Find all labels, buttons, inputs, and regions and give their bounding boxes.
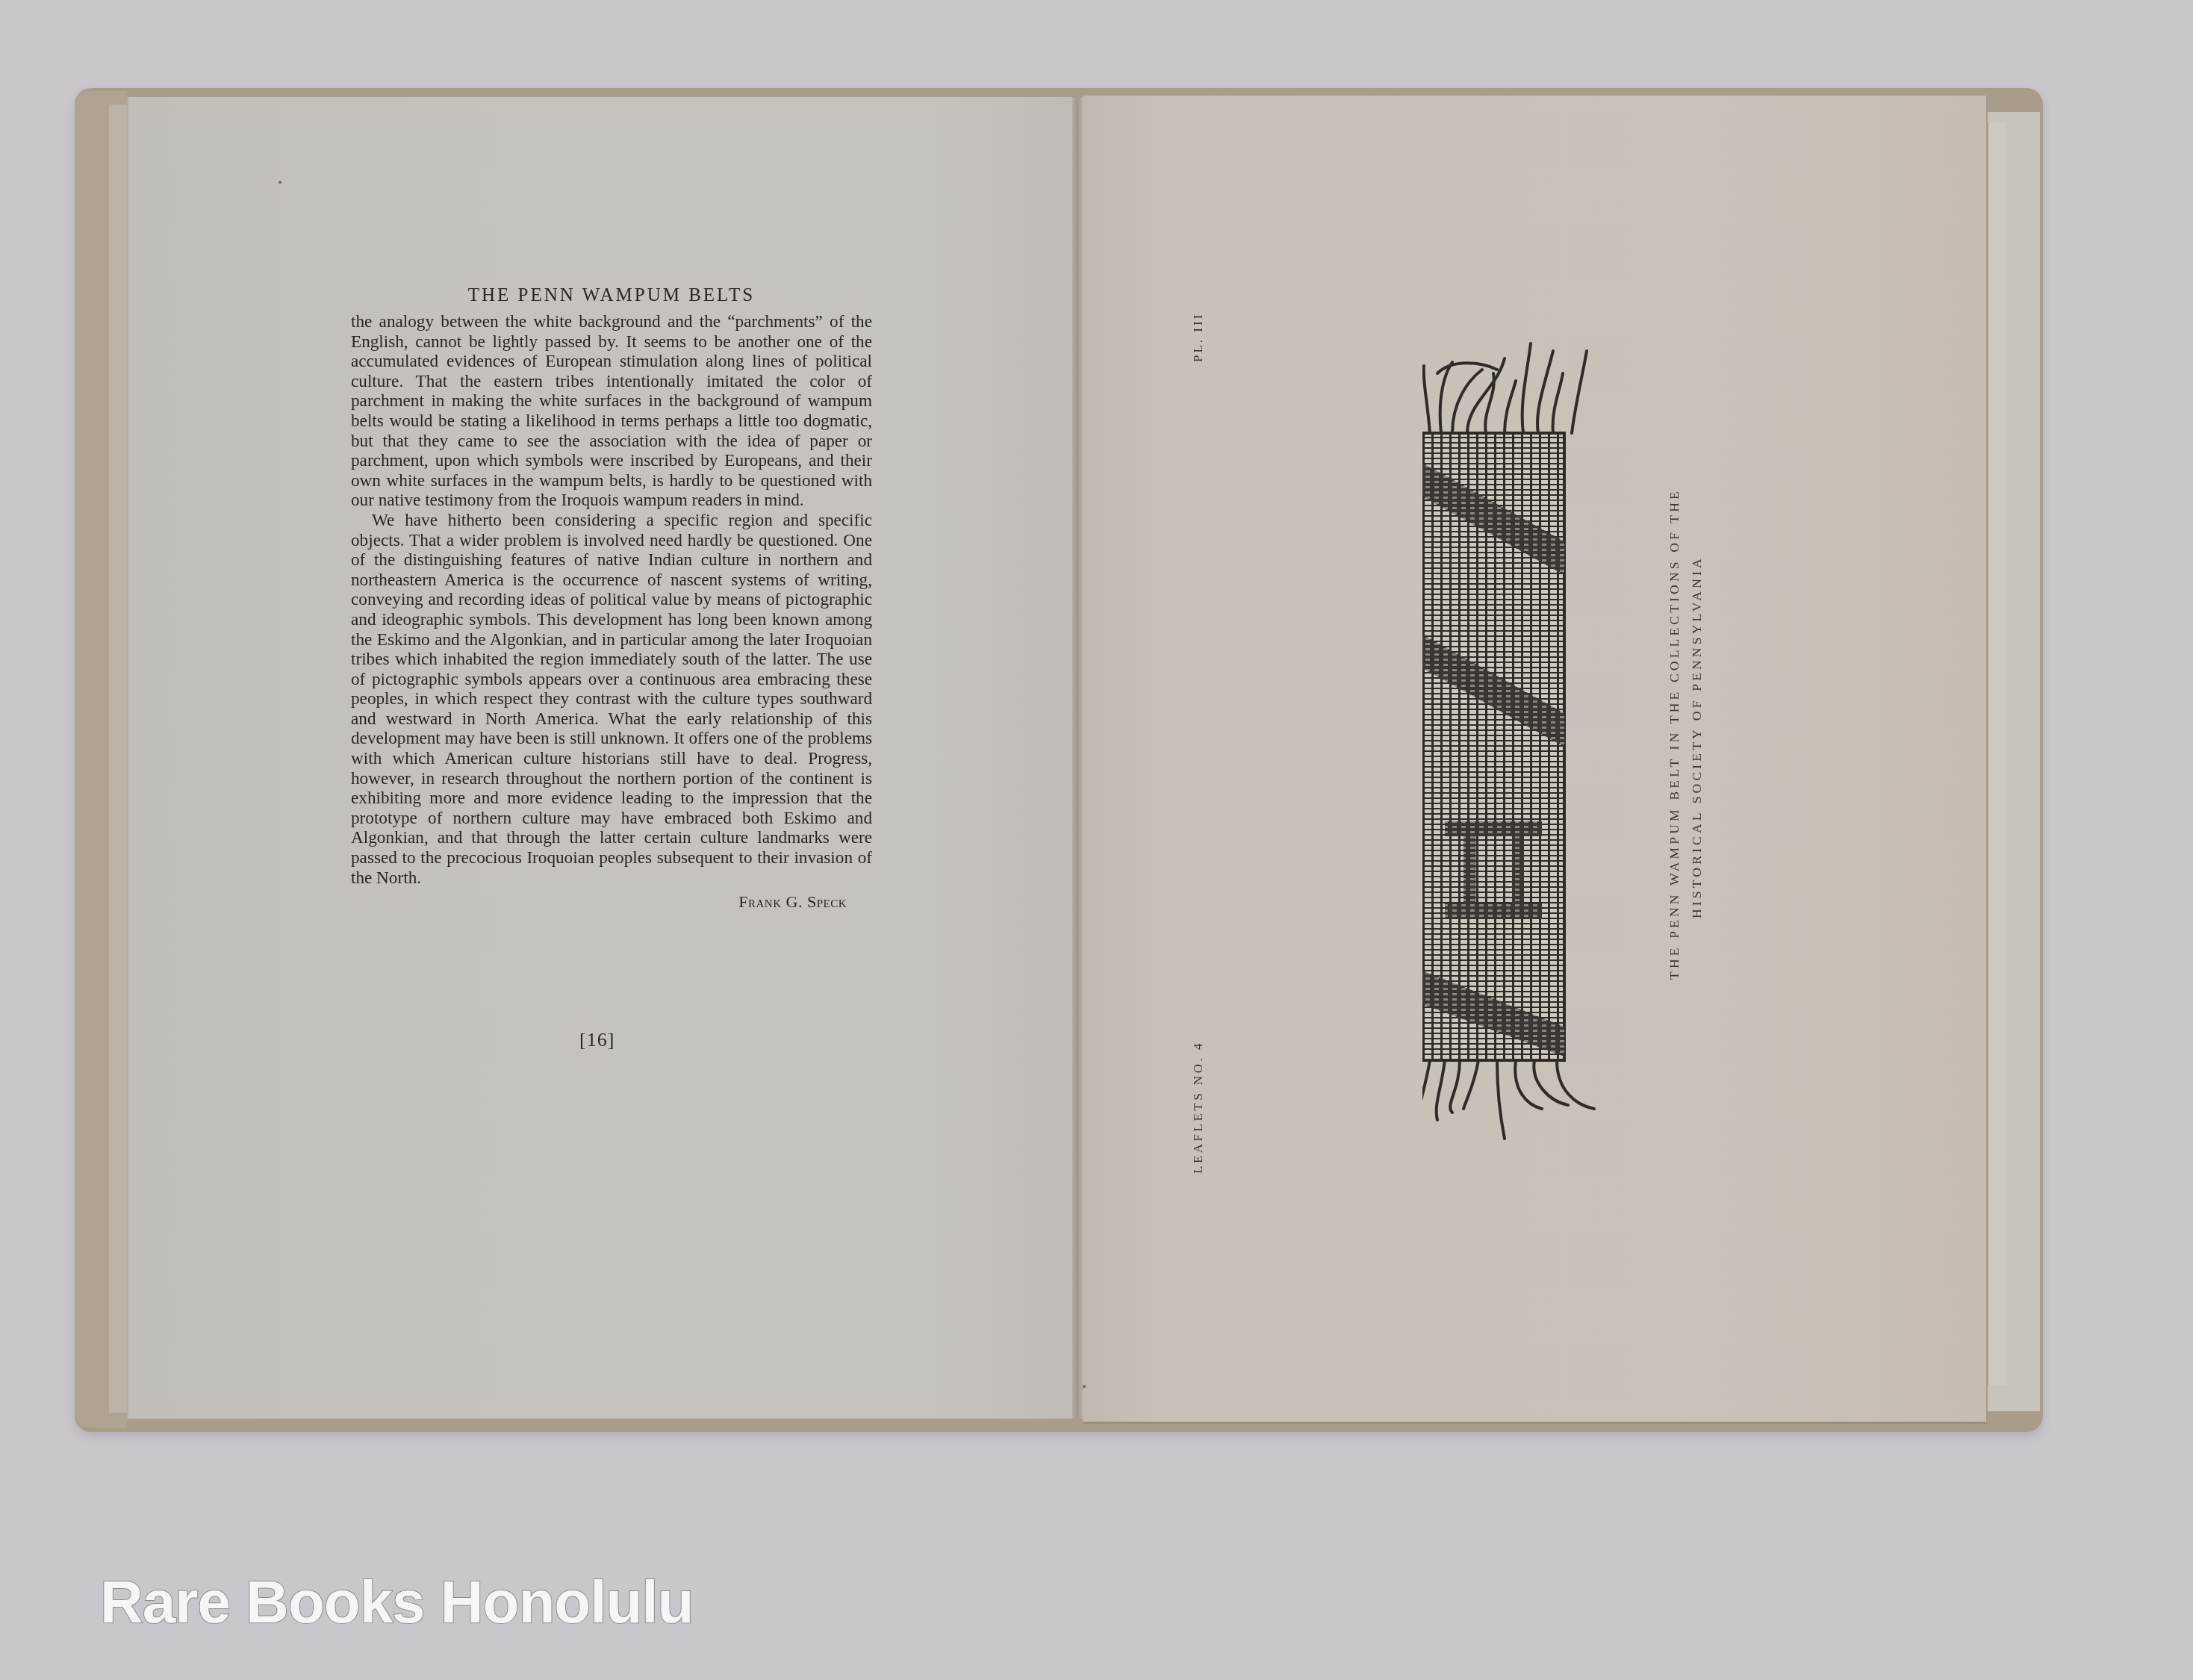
author-signature: Frank G. Speck	[351, 892, 872, 912]
plate-caption-line-1: THE PENN WAMPUM BELT IN THE COLLECTIONS …	[1667, 488, 1682, 980]
series-label: LEAFLETS NO. 4	[1191, 1041, 1206, 1174]
plate-number: PL. III	[1191, 313, 1206, 362]
page-number: [16]	[579, 1029, 615, 1051]
book-gutter	[1072, 97, 1083, 1419]
bottom-fringe-icon	[1422, 1060, 1594, 1139]
paragraph-2: We have hitherto been considering a spec…	[351, 511, 872, 888]
paragraph-1: the analogy between the white background…	[351, 312, 872, 511]
paper-speck	[1083, 1385, 1086, 1388]
left-page-text: THE PENN WAMPUM BELTS the analogy betwee…	[351, 285, 872, 912]
photo-scene: THE PENN WAMPUM BELTS the analogy betwee…	[0, 0, 2193, 1680]
paper-speck	[279, 181, 281, 184]
watermark: Rare Books Honolulu	[100, 1568, 693, 1637]
running-head: THE PENN WAMPUM BELTS	[351, 285, 872, 306]
wampum-belt-illustration	[1422, 329, 1602, 1142]
top-fringe-icon	[1424, 343, 1587, 433]
right-page-stack-inner	[1988, 123, 2006, 1385]
plate-caption-line-2: HISTORICAL SOCIETY OF PENNSYLVANIA	[1689, 556, 1705, 918]
